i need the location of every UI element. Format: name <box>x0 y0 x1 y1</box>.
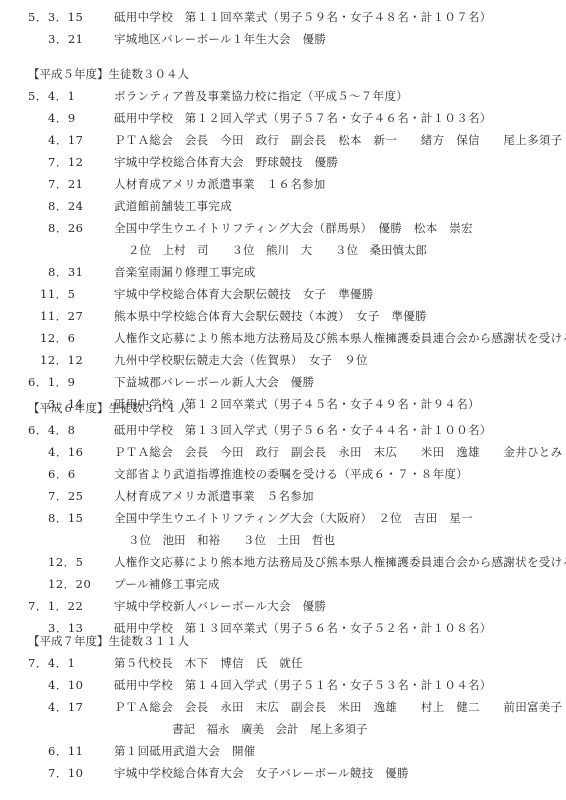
entry-text: 砥用中学校 第１３回入学式（男子５６名・女子４４名・計１００名） <box>114 419 492 441</box>
history-entry: 5．4．1 ボランティア普及事業協力校に指定（平成５～７年度） <box>0 85 566 107</box>
entry-date: 4．10 <box>48 674 83 696</box>
history-entry: 8．31 音楽室雨漏り修理工事完成 <box>0 261 566 283</box>
entry-text: 宇城中学校総合体育大会 女子バレーボール競技 優勝 <box>114 762 409 784</box>
entry-text: 第５代校長 木下 博信 氏 就任 <box>114 652 303 674</box>
history-entry: 12．5 人権作文応募により熊本地方法務局及び熊本県人権擁護委員連合会から感謝状… <box>0 551 566 573</box>
section-heading: 【平成７年度】生徒数３１１人 <box>0 630 566 652</box>
entry-text: ３位 池田 和裕 ３位 土田 哲也 <box>128 529 335 551</box>
history-entry: 12．6 人権作文応募により熊本地方法務局及び熊本県人権擁護委員連合会から感謝状… <box>0 327 566 349</box>
entry-text: プール補修工事完成 <box>114 573 220 595</box>
history-entry: 8．26 全国中学生ウエイトリフティング大会（群馬県） 優勝 松本 崇宏 <box>0 217 566 239</box>
history-entry: 11．27 熊本県中学校総合体育大会駅伝競技（本渡） 女子 準優勝 <box>0 305 566 327</box>
entry-text: 九州中学校駅伝競走大会（佐賀県） 女子 ９位 <box>114 349 368 371</box>
history-entry: 4．16 ＰＴＡ総会 会長 今田 政行 副会長 永田 末広 米田 逸雄 金井ひと… <box>0 441 566 463</box>
history-entry: 5．3．15 砥用中学校 第１１回卒業式（男子５９名・女子４８名・計１０７名） <box>0 6 566 28</box>
entry-date: 11．5 <box>40 283 75 305</box>
entry-text: 宇城地区バレーボール１年生大会 優勝 <box>114 28 326 50</box>
year-heading: 【平成７年度】生徒数３１１人 <box>28 630 189 652</box>
entry-text: 宇城中学校総合体育大会 野球競技 優勝 <box>114 151 338 173</box>
entry-date: 7．25 <box>48 485 83 507</box>
entry-date: 4．17 <box>48 696 83 718</box>
entry-date: 7．4．1 <box>28 652 75 674</box>
history-entry: 4．17 ＰＴＡ総会 会長 永田 末広 副会長 米田 逸雄 村上 健二 前田富美… <box>0 696 566 718</box>
year-heading: 【平成５年度】生徒数３０４人 <box>28 63 189 85</box>
entry-text: 宇城中学校新人バレーボール大会 優勝 <box>114 595 326 617</box>
entry-date: 4．9 <box>48 107 76 129</box>
entry-date: 7．1．22 <box>28 595 83 617</box>
entry-date: 8．31 <box>48 261 83 283</box>
history-entry-continuation: ２位 上村 司 ３位 熊川 大 ３位 桑田慎太郎 <box>0 239 566 261</box>
history-entry: 4．9 砥用中学校 第１２回入学式（男子５７名・女子４６名・計１０３名） <box>0 107 566 129</box>
history-entry: 7．21 人材育成アメリカ派遣事業 １６名参加 <box>0 173 566 195</box>
entry-date: 4．16 <box>48 441 83 463</box>
entry-text: 音楽室雨漏り修理工事完成 <box>114 261 256 283</box>
entry-text: ボランティア普及事業協力校に指定（平成５～７年度） <box>114 85 408 107</box>
history-entry: 6．6 文部省より武道指導推進校の委嘱を受ける（平成６・７・８年度） <box>0 463 566 485</box>
entry-date: 12．5 <box>48 551 83 573</box>
history-entry: 6．4．8 砥用中学校 第１３回入学式（男子５６名・女子４４名・計１００名） <box>0 419 566 441</box>
history-entry: 12．12 九州中学校駅伝競走大会（佐賀県） 女子 ９位 <box>0 349 566 371</box>
entry-text: ＰＴＡ総会 会長 今田 政行 副会長 松本 新一 緒方 保信 尾上多須子 <box>114 129 562 151</box>
history-entry: 7．4．1 第５代校長 木下 博信 氏 就任 <box>0 652 566 674</box>
entry-date: 12．20 <box>48 573 91 595</box>
document-page: 5．3．15 砥用中学校 第１１回卒業式（男子５９名・女子４８名・計１０７名） … <box>0 0 566 800</box>
entry-date: 7．21 <box>48 173 83 195</box>
history-entry: 7．10 宇城中学校総合体育大会 女子バレーボール競技 優勝 <box>0 762 566 784</box>
history-entry-continuation: ３位 池田 和裕 ３位 土田 哲也 <box>0 529 566 551</box>
entry-date: 11．27 <box>40 305 83 327</box>
section-heading: 【平成６年度】生徒数３１１人 <box>0 397 566 419</box>
entry-text: 下益城郡バレーボール新人大会 優勝 <box>114 371 314 393</box>
entry-text: 全国中学生ウエイトリフティング大会（群馬県） 優勝 松本 崇宏 <box>114 217 473 239</box>
history-entry: 12．20 プール補修工事完成 <box>0 573 566 595</box>
entry-text: 砥用中学校 第１２回入学式（男子５７名・女子４６名・計１０３名） <box>114 107 492 129</box>
history-entry: 6．1．9 下益城郡バレーボール新人大会 優勝 <box>0 371 566 393</box>
entry-date: 12．12 <box>40 349 83 371</box>
entry-date: 6．1．9 <box>28 371 75 393</box>
entry-text: 砥用中学校 第１４回入学式（男子５１名・女子５３名・計１０４名） <box>114 674 492 696</box>
history-entry: 11．5 宇城中学校総合体育大会駅伝競技 女子 準優勝 <box>0 283 566 305</box>
entry-text: ＰＴＡ総会 会長 永田 末広 副会長 米田 逸雄 村上 健二 前田富美子 <box>114 696 562 718</box>
entry-text: 武道館前舗装工事完成 <box>114 195 232 217</box>
year-heading: 【平成６年度】生徒数３１１人 <box>28 397 189 419</box>
entry-text: 人材育成アメリカ派遣事業 ５名参加 <box>114 485 314 507</box>
entry-text: 人権作文応募により熊本地方法務局及び熊本県人権擁護委員連合会から感謝状を受ける <box>114 551 566 573</box>
entry-text: 第１回砥用武道大会 開催 <box>114 740 256 762</box>
entry-text: 全国中学生ウエイトリフティング大会（大阪府） ２位 吉田 星一 <box>114 507 473 529</box>
entry-date: 7．12 <box>48 151 83 173</box>
history-entry-continuation: 書記 福永 廣美 会計 尾上多須子 <box>0 718 566 740</box>
entry-date: 6．6 <box>48 463 76 485</box>
entry-text: 人材育成アメリカ派遣事業 １６名参加 <box>114 173 326 195</box>
entry-date: 3．21 <box>48 28 83 50</box>
history-entry: 7．1．22 宇城中学校新人バレーボール大会 優勝 <box>0 595 566 617</box>
entry-text: 熊本県中学校総合体育大会駅伝競技（本渡） 女子 準優勝 <box>114 305 427 327</box>
entry-text: 砥用中学校 第１１回卒業式（男子５９名・女子４８名・計１０７名） <box>114 6 492 28</box>
entry-text: 文部省より武道指導推進校の委嘱を受ける（平成６・７・８年度） <box>114 463 468 485</box>
history-entry: 7．25 人材育成アメリカ派遣事業 ５名参加 <box>0 485 566 507</box>
entry-date: 5．3．15 <box>28 6 83 28</box>
history-entry: 8．15 全国中学生ウエイトリフティング大会（大阪府） ２位 吉田 星一 <box>0 507 566 529</box>
entry-date: 4．17 <box>48 129 83 151</box>
entry-text: 人権作文応募により熊本地方法務局及び熊本県人権擁護委員連合会から感謝状を受ける <box>114 327 566 349</box>
history-entry: 4．17 ＰＴＡ総会 会長 今田 政行 副会長 松本 新一 緒方 保信 尾上多須… <box>0 129 566 151</box>
entry-date: 8．15 <box>48 507 83 529</box>
history-entry: 6．11 第１回砥用武道大会 開催 <box>0 740 566 762</box>
entry-date: 6．11 <box>48 740 83 762</box>
entry-date: 8．24 <box>48 195 83 217</box>
history-entry: 8．24 武道館前舗装工事完成 <box>0 195 566 217</box>
history-entry: 3．21 宇城地区バレーボール１年生大会 優勝 <box>0 28 566 50</box>
history-entry: 7．12 宇城中学校総合体育大会 野球競技 優勝 <box>0 151 566 173</box>
entry-text: ＰＴＡ総会 会長 今田 政行 副会長 永田 末広 米田 逸雄 金井ひとみ <box>114 441 562 463</box>
entry-text: 書記 福永 廣美 会計 尾上多須子 <box>172 718 368 740</box>
entry-date: 5．4．1 <box>28 85 75 107</box>
entry-text: 宇城中学校総合体育大会駅伝競技 女子 準優勝 <box>114 283 374 305</box>
history-entry: 4．10 砥用中学校 第１４回入学式（男子５１名・女子５３名・計１０４名） <box>0 674 566 696</box>
entry-date: 6．4．8 <box>28 419 75 441</box>
entry-date: 12．6 <box>40 327 75 349</box>
entry-date: 7．10 <box>48 762 83 784</box>
entry-text: ２位 上村 司 ３位 熊川 大 ３位 桑田慎太郎 <box>128 239 427 261</box>
section-heading: 【平成５年度】生徒数３０４人 <box>0 63 566 85</box>
entry-date: 8．26 <box>48 217 83 239</box>
